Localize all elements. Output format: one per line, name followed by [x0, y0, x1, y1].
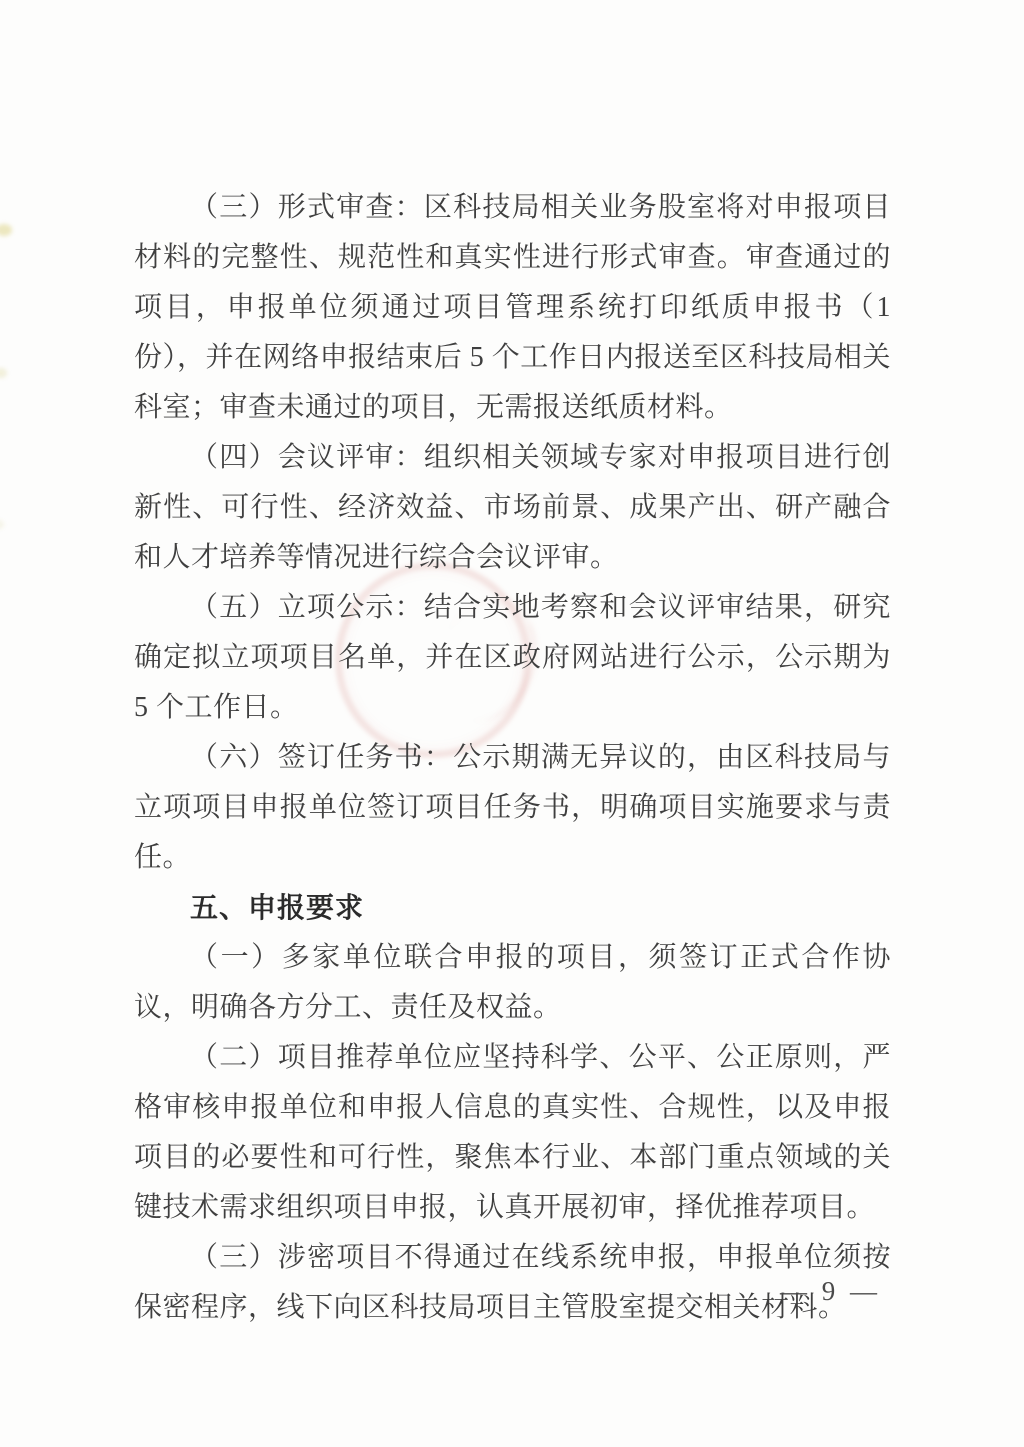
- scan-artifact-speck: [0, 224, 12, 236]
- para-classified-projects: （三）涉密项目不得通过在线系统申报，申报单位须按保密程序，线下向区科技局项目主管…: [134, 1233, 891, 1333]
- para-joint-application: （一）多家单位联合申报的项目，须签订正式合作协议，明确各方分工、责任及权益。: [134, 933, 891, 1033]
- document-body: （三）形式审查：区科技局相关业务股室将对申报项目材料的完整性、规范性和真实性进行…: [134, 183, 891, 1333]
- para-recommending-unit: （二）项目推荐单位应坚持科学、公平、公正原则，严格审核申报单位和申报人信息的真实…: [134, 1033, 891, 1233]
- heading-application-requirements: 五、申报要求: [134, 883, 891, 933]
- para-project-publicity: （五）立项公示：结合实地考察和会议评审结果，研究确定拟立项项目名单，并在区政府网…: [134, 583, 891, 733]
- para-meeting-review: （四）会议评审：组织相关领域专家对申报项目进行创新性、可行性、经济效益、市场前景…: [134, 433, 891, 583]
- scan-artifact-speck: [0, 520, 4, 529]
- document-page: （三）形式审查：区科技局相关业务股室将对申报项目材料的完整性、规范性和真实性进行…: [0, 0, 1024, 1447]
- para-task-agreement: （六）签订任务书：公示期满无异议的，由区科技局与立项项目申报单位签订项目任务书，…: [134, 733, 891, 883]
- page-number: — 9 —: [780, 1276, 881, 1307]
- para-formal-review: （三）形式审查：区科技局相关业务股室将对申报项目材料的完整性、规范性和真实性进行…: [134, 183, 891, 433]
- scan-artifact-speck: [0, 368, 7, 378]
